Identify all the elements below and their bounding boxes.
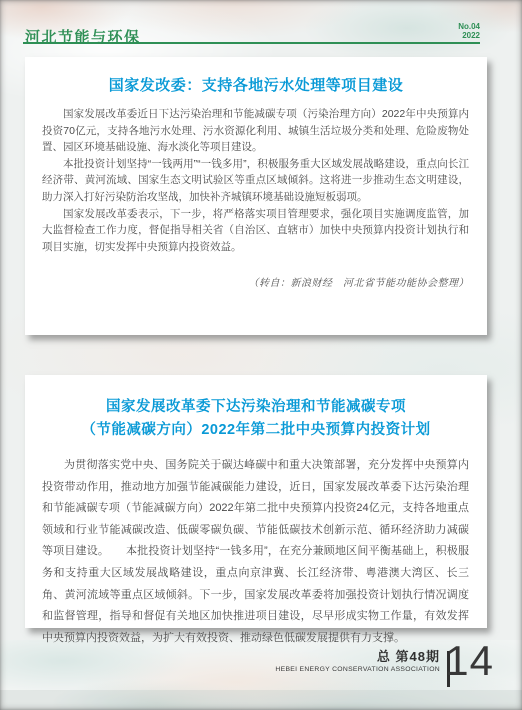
article-2-title-line2: （节能减碳方向）2022年第二批中央预算内投资计划	[35, 419, 477, 442]
article-2-title-line1: 国家发展改革委下达污染治理和节能减碳专项	[35, 396, 477, 419]
magazine-page: 河北节能与环保 No.04 2022 国家发改委：支持各地污水处理等项目建设 国…	[0, 0, 522, 710]
article-card-2: 国家发展改革委下达污染治理和节能减碳专项 （节能减碳方向）2022年第二批中央预…	[25, 375, 487, 628]
footer-issue-label: 总 第48期	[275, 649, 440, 665]
article-card-1: 国家发改委：支持各地污水处理等项目建设 国家发展改革委近日下达污染治理和节能减碳…	[25, 57, 487, 335]
paragraph: 本批投资计划坚持“一钱两用”“一钱多用”，积极服务重大区域发展战略建设，重点向长…	[42, 156, 469, 206]
issue-year: 2022	[458, 31, 480, 40]
article-2-body: 为贯彻落实党中央、国务院关于碳达峰碳中和重大决策部署，充分发挥中央预算内投资带动…	[42, 455, 469, 649]
footer-page-number: 14	[445, 638, 494, 684]
article-2-title: 国家发展改革委下达污染治理和节能减碳专项 （节能减碳方向）2022年第二批中央预…	[35, 396, 477, 442]
paragraph: 为贯彻落实党中央、国务院关于碳达峰碳中和重大决策部署，充分发挥中央预算内投资带动…	[42, 455, 469, 649]
paragraph: 国家发展改革委近日下达污染治理和节能减碳专项（污染治理方向）2022年中央预算内…	[42, 106, 469, 156]
issue-number: No.04	[458, 22, 480, 31]
footer-info: 总 第48期 HEBEI ENERGY CONSERVATION ASSOCIA…	[275, 649, 440, 675]
masthead-rule-divider	[23, 42, 480, 44]
issue-box: No.04 2022	[458, 22, 480, 40]
footer-texture-band	[0, 640, 522, 710]
article-1-title: 国家发改委：支持各地污水处理等项目建设	[35, 74, 477, 95]
paragraph: 国家发展改革委表示，下一步，将严格落实项目管理要求，强化项目实施调度监管，加大监…	[42, 206, 469, 256]
article-1-body: 国家发展改革委近日下达污染治理和节能减碳专项（污染治理方向）2022年中央预算内…	[42, 106, 469, 255]
source-attribution: （转自：新浪财经 河北省节能功能协会整理）	[25, 274, 469, 289]
footer-association-name: HEBEI ENERGY CONSERVATION ASSOCIATION	[275, 665, 440, 675]
